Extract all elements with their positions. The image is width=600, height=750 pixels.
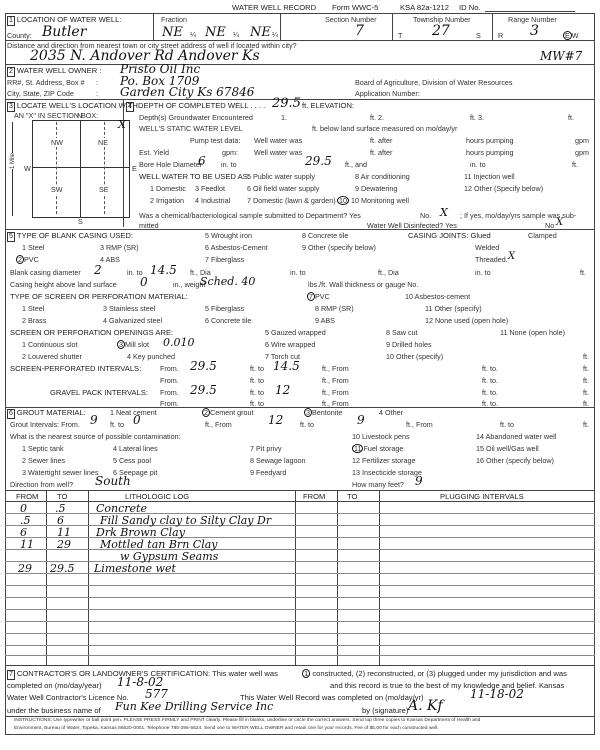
quarter-1: ¼ bbox=[190, 30, 196, 39]
yield-after: ft. after bbox=[370, 148, 392, 157]
license-value[interactable]: 577 bbox=[145, 687, 168, 701]
form-number: Form WWC-5 bbox=[332, 3, 378, 12]
row-line bbox=[5, 525, 595, 526]
grout-intervals-label: Grout Intervals: From. bbox=[10, 420, 80, 429]
section-number-label: Section Number bbox=[325, 15, 377, 24]
gravel-ft-from: ft., From bbox=[322, 388, 349, 397]
opening-4[interactable]: 4 Key punched bbox=[127, 352, 175, 361]
divider bbox=[492, 13, 493, 40]
bore-ft-and: ft., and bbox=[345, 160, 367, 169]
use-11[interactable]: 11 Injection well bbox=[464, 172, 515, 181]
yield-hours: hours pumping bbox=[466, 148, 514, 157]
fraction-3[interactable]: NE bbox=[250, 25, 271, 40]
grout-ft-from-2: ft., From bbox=[406, 420, 433, 429]
log-to: 29 bbox=[57, 538, 71, 551]
use-12[interactable]: 12 Other (Specify below) bbox=[464, 184, 543, 193]
opening-1[interactable]: 1 Continuous slot bbox=[22, 340, 78, 349]
nw-label: NW bbox=[50, 138, 64, 147]
opening-11[interactable]: 11 None (open hole) bbox=[500, 328, 565, 337]
grout-ft-to-1: ft. to bbox=[110, 420, 124, 429]
divider bbox=[5, 490, 595, 491]
row-line bbox=[5, 537, 595, 538]
blank-to[interactable]: 14.5 bbox=[150, 263, 177, 277]
disinfected-mark: X bbox=[556, 217, 563, 228]
bore-label: Bore Hole Diameter bbox=[139, 160, 202, 169]
form-title: WATER WELL RECORD bbox=[232, 3, 316, 12]
completed-label: completed on (mo/day/year) bbox=[7, 681, 102, 690]
screen-from[interactable]: 29.5 bbox=[190, 359, 217, 373]
signature[interactable]: A. Kf bbox=[408, 698, 443, 714]
use-2[interactable]: 2 Irrigation bbox=[150, 196, 184, 205]
ksa-ref: KSA 82a-1212 bbox=[400, 3, 449, 12]
opening-9[interactable]: 9 Drilled holes bbox=[386, 340, 432, 349]
use-3[interactable]: 3 Feedlot bbox=[195, 184, 225, 193]
divider bbox=[5, 501, 595, 502]
blank-in-to-2: in. to bbox=[290, 268, 306, 277]
sample-no[interactable]: No. bbox=[420, 211, 431, 220]
screen-label: TYPE OF SCREEN OR PERFORATION MATERIAL: bbox=[10, 292, 188, 301]
record-date[interactable]: 11-18-02 bbox=[470, 687, 524, 701]
south-label: S bbox=[78, 217, 83, 226]
section-grid[interactable] bbox=[32, 120, 130, 218]
use-9[interactable]: 9 Dewatering bbox=[355, 184, 397, 193]
ne-label: NE bbox=[97, 138, 109, 147]
west-label: W bbox=[24, 164, 31, 173]
frame-top bbox=[5, 13, 595, 14]
col-line bbox=[337, 490, 338, 665]
pump-hours: hours pumping bbox=[466, 136, 514, 145]
frame-bottom bbox=[5, 734, 595, 735]
openings-label: SCREEN OR PERFORATION OPENINGS ARE: bbox=[10, 328, 173, 337]
row-line bbox=[5, 633, 595, 634]
screen-4[interactable]: 4 Galvanized steel bbox=[103, 316, 162, 325]
blank-diameter-label: Blank casing diameter bbox=[10, 268, 81, 277]
direction-label: Direction from well? bbox=[10, 480, 73, 489]
screen-to[interactable]: 14.5 bbox=[273, 359, 300, 373]
divider bbox=[5, 64, 595, 65]
casing-9[interactable]: 9 Other (specify below) bbox=[302, 243, 376, 252]
casing-height[interactable]: 0 bbox=[140, 275, 148, 289]
sample-question: Was a chemical/bacteriological sample su… bbox=[139, 211, 361, 220]
grid-horizontal bbox=[32, 167, 129, 168]
opening-2[interactable]: 2 Louvered shutter bbox=[22, 352, 82, 361]
business-label: under the business name of bbox=[7, 706, 101, 715]
use-8[interactable]: 8 Air conditioning bbox=[355, 172, 410, 181]
log-from: 11 bbox=[20, 538, 34, 551]
casing-title: 5TYPE OF BLANK CASING USED: bbox=[7, 231, 133, 242]
gravel-ft-to-2: ft. to. bbox=[482, 388, 498, 397]
divider bbox=[5, 407, 595, 408]
casing-8[interactable]: 8 Concrete tile bbox=[302, 231, 348, 240]
screen-intervals-label: SCREEN-PERFORATED INTERVALS: bbox=[10, 364, 141, 373]
casing-weight[interactable]: Sched. 40 bbox=[200, 275, 255, 288]
source-11-selected[interactable]: 11Fuel storage bbox=[352, 444, 403, 453]
screen-10[interactable]: 10 Asbestos-cement bbox=[405, 292, 470, 301]
screen-ft: ft. bbox=[583, 364, 589, 373]
township-prefix: T bbox=[398, 31, 402, 40]
use-6[interactable]: 6 Oil field water supply bbox=[247, 184, 319, 193]
gravel-from-label: From. bbox=[160, 388, 179, 397]
divider bbox=[280, 13, 281, 40]
source-10[interactable]: 10 Livestock pens bbox=[352, 432, 410, 441]
blank-in-to-3: in. to bbox=[475, 268, 491, 277]
pump-label: Pump test data: bbox=[190, 136, 240, 145]
address-label: RR#, St. Address, Box # bbox=[7, 78, 85, 87]
screen-from-label-2: From. bbox=[160, 376, 179, 385]
fraction-1[interactable]: NE bbox=[162, 25, 183, 40]
screen-8[interactable]: 8 RMP (SR) bbox=[315, 304, 354, 313]
board-label: Board of Agriculture, Division of Water … bbox=[355, 78, 513, 87]
frame-right bbox=[594, 13, 595, 735]
range-direction[interactable]: EW bbox=[563, 31, 579, 40]
use-4[interactable]: 4 Industrial bbox=[195, 196, 230, 205]
divider bbox=[5, 665, 595, 666]
gravel-ft: ft. bbox=[583, 388, 589, 397]
static-label: WELL'S STATIC WATER LEVEL bbox=[139, 124, 243, 133]
grid-dash bbox=[104, 122, 105, 214]
gw-1: 1. bbox=[281, 113, 287, 122]
row-line bbox=[5, 645, 595, 646]
grout-ft-to-3: ft. to bbox=[500, 420, 514, 429]
joints-label: CASING JOINTS: Glued bbox=[408, 231, 491, 240]
pump-gpm: gpm bbox=[575, 136, 589, 145]
grout-from-1[interactable]: 9 bbox=[90, 413, 98, 427]
bore-in-to-2: in. to bbox=[470, 160, 486, 169]
threaded[interactable]: Threaded. bbox=[475, 255, 508, 264]
business-value[interactable]: Fun Kee Drilling Service Inc bbox=[115, 700, 273, 713]
plug-header-from: FROM bbox=[303, 492, 325, 501]
well-id[interactable]: MW#7 bbox=[540, 49, 582, 63]
casing-7[interactable]: 7 Fiberglass bbox=[205, 255, 244, 264]
yield-gpm: gpm: bbox=[222, 148, 238, 157]
county-label: County: bbox=[7, 31, 32, 40]
screen-ft-to: ft. to bbox=[250, 364, 264, 373]
opening-mill-selected[interactable]: 3Mill slot bbox=[117, 340, 149, 349]
direction-value[interactable]: South bbox=[95, 474, 131, 488]
source-3[interactable]: 3 Watertight sewer lines bbox=[22, 468, 98, 477]
screen-2[interactable]: 2 Brass bbox=[22, 316, 46, 325]
row-line bbox=[5, 597, 595, 598]
signature-label: by (signature) bbox=[362, 706, 408, 715]
screen-9[interactable]: 9 ABS bbox=[315, 316, 335, 325]
casing-4[interactable]: 4 ABS bbox=[100, 255, 120, 264]
county-value[interactable]: Butler bbox=[42, 24, 86, 40]
casing-3[interactable]: 3 RMP (SR) bbox=[100, 243, 139, 252]
grout-ft: ft. bbox=[583, 420, 589, 429]
grid-dash bbox=[56, 122, 57, 214]
elevation-label: ft. ELEVATION: bbox=[302, 101, 354, 110]
col-line bbox=[88, 490, 89, 665]
colon: : bbox=[96, 78, 98, 87]
source-16[interactable]: 16 Other (specify below) bbox=[476, 456, 554, 465]
section-number-value[interactable]: 7 bbox=[355, 23, 364, 39]
city-label: City, State, ZIP Code bbox=[7, 89, 74, 98]
screen-ft-from-2: ft., From bbox=[322, 376, 349, 385]
township-suffix: S bbox=[476, 31, 481, 40]
fraction-label: Fraction bbox=[161, 15, 187, 24]
sw-label: SW bbox=[50, 185, 64, 194]
gravel-intervals-label: GRAVEL PACK INTERVALS: bbox=[50, 388, 148, 397]
screen-ft-to-2: ft. to. bbox=[482, 364, 498, 373]
depth-label: 4 DEPTH OF COMPLETED WELL . . . . bbox=[126, 101, 265, 112]
casing-5[interactable]: 5 Wrought iron bbox=[205, 231, 252, 240]
yield-label: Est. Yield bbox=[139, 148, 169, 157]
grid-vertical bbox=[80, 120, 81, 217]
id-label: ID No. bbox=[459, 3, 481, 12]
col-line bbox=[46, 490, 47, 665]
bore-diameter[interactable]: 6 bbox=[198, 154, 206, 168]
grout-ft-to-2: ft. to bbox=[300, 420, 314, 429]
gravel-from[interactable]: 29.5 bbox=[190, 383, 217, 397]
opening-10[interactable]: 10 Other (specify) bbox=[386, 352, 443, 361]
welded[interactable]: Welded bbox=[475, 243, 499, 252]
screen-ft-2: ft. bbox=[583, 376, 589, 385]
screen-11[interactable]: 11 Other (specify) bbox=[425, 304, 482, 313]
screen-ft-to-4: ft. to. bbox=[482, 376, 498, 385]
use-5[interactable]: 5 Public water supply bbox=[247, 172, 315, 181]
se-label: SE bbox=[98, 185, 110, 194]
plug-header-intervals: PLUGGING INTERVALS bbox=[440, 492, 524, 501]
casing-lbs: lbs./ft. Wall thickness or gauge No. bbox=[308, 280, 418, 289]
row-line bbox=[5, 621, 595, 622]
static-rest: ft. below land surface measured on mo/da… bbox=[312, 124, 457, 133]
township-value[interactable]: 27 bbox=[432, 23, 450, 39]
opening-ft: ft. bbox=[583, 352, 589, 361]
divider bbox=[5, 229, 595, 230]
quarter-3: ¼ bbox=[272, 30, 278, 39]
blank-ft-dia-2: ft., Dia bbox=[378, 268, 399, 277]
certification-text: 1 constructed, (2) reconstructed, or (3)… bbox=[302, 669, 567, 678]
use-label: WELL WATER TO BE USED AS: bbox=[139, 172, 250, 181]
gw-2: ft. 2. bbox=[370, 113, 384, 122]
screen-from-label: From. bbox=[160, 364, 179, 373]
frame-left bbox=[5, 13, 6, 735]
how-many-label: How many feet? bbox=[352, 480, 404, 489]
range-value[interactable]: 3 bbox=[530, 23, 539, 39]
row-line bbox=[5, 585, 595, 586]
yield-well-water: Well water was bbox=[254, 148, 302, 157]
source-9[interactable]: 9 Feedyard bbox=[250, 468, 286, 477]
section3-subtitle: AN "X" IN SECTION BOX: bbox=[14, 111, 98, 120]
row-line bbox=[5, 549, 595, 550]
opening-8[interactable]: 8 Saw cut bbox=[386, 328, 418, 337]
source-15[interactable]: 15 Oil well/Gas well bbox=[476, 444, 539, 453]
pump-well-water: Well water was bbox=[254, 136, 302, 145]
source-1[interactable]: 1 Septic tank bbox=[22, 444, 64, 453]
row-line bbox=[5, 513, 595, 514]
gravel-ft-to: ft. to bbox=[250, 388, 264, 397]
bore-ft: ft. bbox=[572, 160, 578, 169]
threaded-mark: X bbox=[508, 251, 515, 262]
divider bbox=[153, 13, 154, 40]
grout-to-2[interactable]: 9 bbox=[357, 413, 365, 427]
grout-4[interactable]: 4 Other bbox=[379, 408, 403, 417]
sample-no-mark: X bbox=[440, 206, 448, 219]
casing-1[interactable]: 1 Steel bbox=[22, 243, 44, 252]
range-prefix: R bbox=[498, 31, 503, 40]
source-5[interactable]: 5 Cess pool bbox=[113, 456, 151, 465]
source-4[interactable]: 4 Lateral lines bbox=[113, 444, 158, 453]
use-1[interactable]: 1 Domestic bbox=[150, 184, 186, 193]
groundwater-label: Depth(s) Groundwater Encountered bbox=[139, 113, 253, 122]
grout-title: 6GROUT MATERIAL: bbox=[7, 408, 86, 419]
screen-6[interactable]: 6 Concrete tile bbox=[205, 316, 251, 325]
east-label: E bbox=[132, 164, 137, 173]
application-label: Application Number: bbox=[355, 89, 420, 98]
screen-3[interactable]: 3 Stainless steel bbox=[103, 304, 155, 313]
clamped[interactable]: Clamped bbox=[528, 231, 557, 240]
log-header-to: TO bbox=[57, 492, 67, 501]
owner-label: 2WATER WELL OWNER : bbox=[7, 66, 101, 77]
yield-gpm-2: gpm bbox=[575, 148, 589, 157]
certification-text-2: and this record is true to the best of m… bbox=[330, 681, 564, 690]
blank-ft: ft. bbox=[580, 268, 586, 277]
location-mark: X bbox=[118, 118, 126, 131]
fraction-2[interactable]: NE bbox=[205, 25, 226, 40]
source-2[interactable]: 2 Sewer lines bbox=[22, 456, 65, 465]
screen-5[interactable]: 5 Fiberglass bbox=[205, 304, 244, 313]
source-8[interactable]: 8 Sewage lagoon bbox=[250, 456, 306, 465]
use-10-selected[interactable]: 10 10 Monitoring well bbox=[337, 196, 409, 205]
gw-end: ft. bbox=[568, 113, 574, 122]
source-12[interactable]: 12 Fertilizer storage bbox=[352, 456, 416, 465]
plug-header-to: TO bbox=[347, 492, 357, 501]
instructions-line-2: Environment, Bureau of Water, Topeka, Ka… bbox=[14, 726, 439, 731]
bore-to[interactable]: 29.5 bbox=[305, 154, 332, 168]
screen-1[interactable]: 1 Steel bbox=[22, 304, 44, 313]
bore-in-to: in. to bbox=[221, 160, 237, 169]
divider bbox=[5, 716, 595, 717]
grout-from-2[interactable]: 12 bbox=[268, 413, 283, 427]
mile-label: 1 Mile bbox=[10, 153, 16, 169]
grout-3-selected[interactable]: 3Bentonite bbox=[304, 408, 342, 417]
screen-pvc-selected[interactable]: 7PVC bbox=[307, 292, 330, 301]
log-header-lithologic: LITHOLOGIC LOG bbox=[125, 492, 189, 501]
gw-3: ft. 3. bbox=[470, 113, 484, 122]
opening-6[interactable]: 6 Wire wrapped bbox=[265, 340, 315, 349]
log-from: 29 bbox=[18, 562, 32, 575]
casing-height-label: Casing height above land surface bbox=[10, 280, 117, 289]
id-field[interactable] bbox=[485, 11, 575, 12]
col-line bbox=[379, 490, 380, 665]
gravel-to[interactable]: 12 bbox=[275, 383, 290, 397]
contamination-label: What is the nearest source of possible c… bbox=[10, 432, 181, 441]
slot-size[interactable]: 0.010 bbox=[163, 336, 195, 349]
divider bbox=[392, 13, 393, 40]
depth-value[interactable]: 29.5 bbox=[272, 96, 301, 111]
north-label: N bbox=[77, 111, 82, 120]
screen-ft-to-3: ft. to bbox=[250, 376, 264, 385]
city-value[interactable]: Garden City Ks 67846 bbox=[120, 85, 254, 99]
how-many-value[interactable]: 9 bbox=[415, 474, 423, 488]
blank-diameter[interactable]: 2 bbox=[94, 263, 102, 277]
grout-ft-from-1: ft., From bbox=[205, 420, 232, 429]
grout-to-1[interactable]: 0 bbox=[133, 413, 141, 427]
pump-after: ft. after bbox=[370, 136, 392, 145]
source-14[interactable]: 14 Abandoned water well bbox=[476, 432, 556, 441]
casing-pvc-selected[interactable]: 2PVC bbox=[16, 255, 39, 264]
log-desc: Limestone wet bbox=[94, 562, 176, 575]
instructions-line-1: INSTRUCTIONS: Use typewriter or ball poi… bbox=[14, 718, 480, 723]
row-line bbox=[5, 655, 595, 656]
colon: : bbox=[96, 89, 98, 98]
screen-ft-from: ft., From bbox=[322, 364, 349, 373]
log-to: 29.5 bbox=[50, 562, 75, 575]
quarter-2: ¼ bbox=[233, 30, 239, 39]
grout-2-selected[interactable]: 2Cement grout bbox=[202, 408, 254, 417]
casing-6[interactable]: 6 Asbestos-Cement bbox=[205, 243, 268, 252]
col-line bbox=[295, 490, 296, 665]
use-7[interactable]: 7 Domestic (lawn & garden) bbox=[247, 196, 336, 205]
screen-12[interactable]: 12 None used (open hole) bbox=[425, 316, 508, 325]
source-13[interactable]: 13 Insecticide storage bbox=[352, 468, 422, 477]
row-line bbox=[5, 609, 595, 610]
license-label: Water Well Contractor's Licence No. bbox=[7, 693, 129, 702]
source-7[interactable]: 7 Pit privy bbox=[250, 444, 282, 453]
opening-5[interactable]: 5 Gauzed wrapped bbox=[265, 328, 326, 337]
log-header-from: FROM bbox=[16, 492, 38, 501]
